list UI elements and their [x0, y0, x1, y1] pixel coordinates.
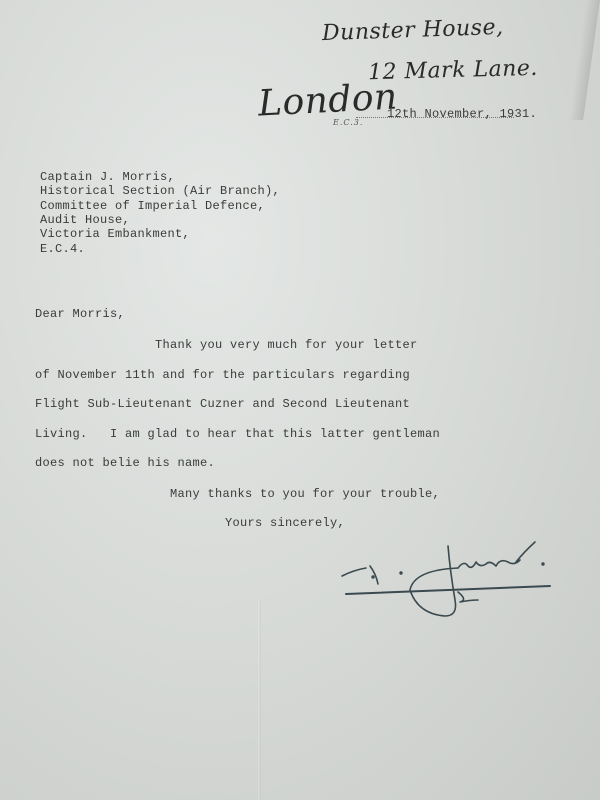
signature-icon	[340, 540, 580, 630]
salutation: Dear Morris,	[35, 307, 125, 321]
address-line: Captain J. Morris,	[40, 171, 175, 185]
address-line: E.C.4.	[40, 243, 85, 257]
body-line: Flight Sub-Lieutenant Cuzner and Second …	[35, 397, 410, 411]
address-line: Historical Section (Air Branch),	[40, 185, 280, 199]
closing-thanks: Many thanks to you for your trouble,	[170, 487, 440, 501]
letter-date: 12th November, 1931.	[387, 107, 537, 121]
paper-fold	[258, 600, 261, 800]
letter-page: Dunster House, 12 Mark Lane. London E.C.…	[0, 0, 600, 800]
body-line: Thank you very much for your letter	[35, 338, 418, 352]
body-line: Living. I am glad to hear that this latt…	[35, 427, 440, 441]
signature: H. A. Jones	[340, 540, 580, 630]
body-line: does not belie his name.	[35, 456, 215, 470]
address-line: Committee of Imperial Defence,	[40, 200, 265, 214]
address-line: Victoria Embankment,	[40, 228, 190, 242]
letterhead-postal-district: E.C.3.	[333, 118, 363, 127]
address-line: Audit House,	[40, 214, 130, 228]
valediction: Yours sincerely,	[225, 516, 345, 530]
letterhead-building: Dunster House,	[322, 15, 504, 46]
body-line: of November 11th and for the particulars…	[35, 368, 410, 382]
paper-edge	[569, 0, 600, 120]
